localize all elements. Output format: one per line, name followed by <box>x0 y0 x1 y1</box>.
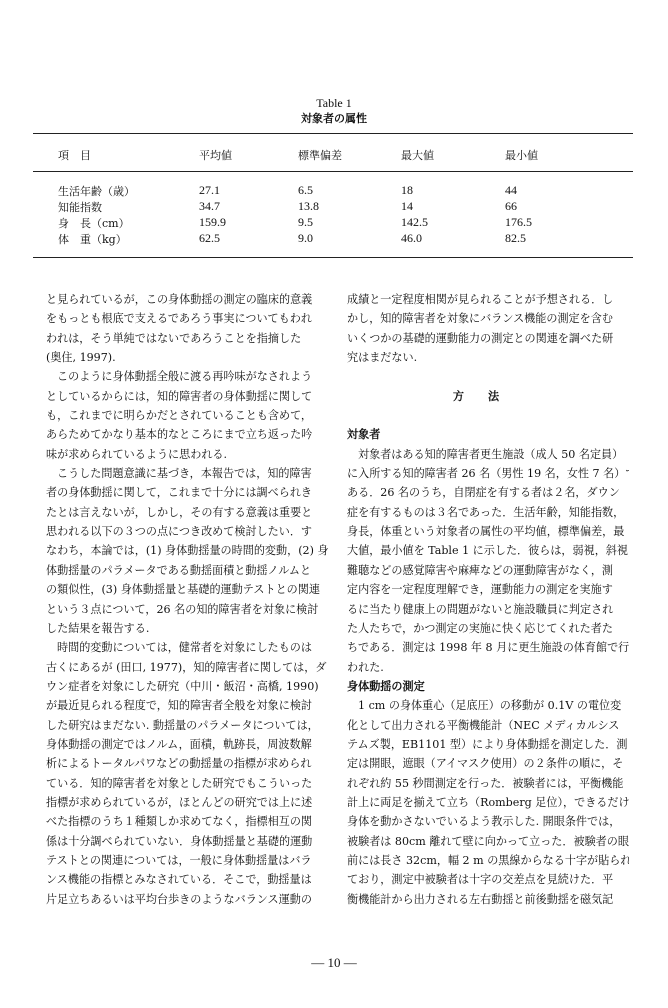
table-cell-sd: 13.8 <box>298 199 319 214</box>
table-row: 身 長（cm） 159.9 9.5 142.5 176.5 <box>0 215 668 231</box>
text-line: 定内容を一定程度理解でき，運動能力の測定を実施す <box>347 580 629 599</box>
text-line: 身体動揺の測定ではノルム，面積，軌跡長，周波数解 <box>46 735 328 754</box>
subheading-subjects: 対象者 <box>347 425 629 444</box>
text-line: としているからには，知的障害者の身体動揺に関して <box>46 387 328 406</box>
table-caption-label: Table 1 <box>0 96 668 111</box>
page-number: — 10 — <box>0 955 668 971</box>
text-line: たとは言えないが，しかし，その有する意義は重要と <box>46 503 328 522</box>
table-title: 対象者の属性 <box>0 111 668 126</box>
text-line: 指標が求められているが，ほとんどの研究では上に述 <box>46 793 328 812</box>
table-bottom-rule <box>33 257 633 258</box>
text-line: た人たちで，かつ測定の実施に快く応じてくれた者た <box>347 619 629 638</box>
table-header-sd: 標準偏差 <box>298 147 342 163</box>
text-line: した結果を報告する. <box>46 619 328 638</box>
text-line: と見られているが，この身体動揺の測定の臨床的意義 <box>46 290 328 309</box>
table-cell-min: 176.5 <box>505 215 532 230</box>
text-line: われた. <box>347 658 629 677</box>
table-cell-sd: 6.5 <box>298 183 313 198</box>
text-line: ちである．測定は 1998 年 8 月に更生施設の体育館で行 <box>347 638 629 657</box>
table-header-max: 最大値 <box>401 147 434 163</box>
text-line: 究はまだない. <box>347 348 629 367</box>
text-line: 時間的変動については，健常者を対象にしたものは <box>46 638 328 657</box>
subheading-measurement: 身体動揺の測定 <box>347 677 629 696</box>
text-line: が最近見られる程度で，知的障害者全般を対象に検討 <box>46 696 328 715</box>
table-cell-mean: 159.9 <box>199 215 226 230</box>
text-line: した研究はまだない. 動揺量のパラメータについては， <box>46 716 328 735</box>
table-cell-item: 知能指数 <box>58 199 102 215</box>
table-top-rule <box>33 133 633 134</box>
table-cell-mean: 27.1 <box>199 183 220 198</box>
table-header-row: 項 目 平均値 標準偏差 最大値 最小値 <box>0 147 668 163</box>
text-line: このように身体動揺全般に渡る再吟味がなされよう <box>46 367 328 386</box>
text-line: 対象者はある知的障害者更生施設（成人 50 名定員） <box>347 445 629 464</box>
text-line: かし，知的障害者を対象にバランス機能の測定を含む <box>347 309 629 328</box>
table-row: 知能指数 34.7 13.8 14 66 <box>0 199 668 215</box>
table-cell-min: 82.5 <box>505 231 526 246</box>
text-line: るに当たり健康上の問題がないと施設職員に判定され <box>347 600 629 619</box>
left-column-text: と見られているが，この身体動揺の測定の臨床的意義 をもっとも根底で支えるであろう… <box>46 290 328 909</box>
table-cell-item: 身 長（cm） <box>58 215 130 231</box>
text-line: 味が求められているように思われる. <box>46 445 328 464</box>
text-line: われは，そう単純ではないであろうことを指摘した <box>46 329 328 348</box>
table-cell-min: 44 <box>505 183 517 198</box>
table-header-min: 最小値 <box>505 147 538 163</box>
text-line: テムズ製，EB1101 型）により身体動揺を測定した．測 <box>347 735 629 754</box>
text-line: 古くにあるが (田口, 1977)，知的障害者に関しては，ダ <box>46 658 328 677</box>
text-line: の類似性，(3) 身体動揺量と基礎的運動テストとの関連 <box>46 580 328 599</box>
table-header-mean: 平均値 <box>199 147 232 163</box>
table-cell-mean: 62.5 <box>199 231 220 246</box>
table-cell-max: 14 <box>401 199 413 214</box>
text-line: 症を有するものは３名であった．生活年齢，知能指数， <box>347 503 629 522</box>
text-line: 1 cm の身体重心（足底圧）の移動が 0.1V の電位変 <box>347 696 629 715</box>
text-line: 体動揺量のパラメータである動揺面積と動揺ノルムと <box>46 561 328 580</box>
text-line: いくつかの基礎的運動能力の測定との関連を調べた研 <box>347 329 629 348</box>
table-row: 体 重（kg） 62.5 9.0 46.0 82.5 <box>0 231 668 247</box>
text-line: という３点について，26 名の知的障害者を対象に検討 <box>46 600 328 619</box>
text-line: ンス機能の指標とみなされている．そこで，動揺量は <box>46 870 328 889</box>
text-line: をもっとも根底で支えるであろう事実についてもわれ <box>46 309 328 328</box>
text-line: も，これまでに明らかだとされていることも含めて， <box>46 406 328 425</box>
table-cell-max: 142.5 <box>401 215 428 230</box>
text-line: 難聴などの感覚障害や麻痺などの運動障害がなく，測 <box>347 561 629 580</box>
text-line: なわち，本論では，(1) 身体動揺量の時間的変動，(2) 身 <box>46 541 328 560</box>
table-cell-min: 66 <box>505 199 517 214</box>
text-line: 前には長さ 32cm，幅 2 m の黒線からなる十字が貼られ <box>347 851 629 870</box>
text-line: 思われる以下の３つの点につき改めて検討したい．す <box>46 522 328 541</box>
text-line: 化として出力される平衡機能計（NEC メディカルシス <box>347 716 629 735</box>
table-header-item: 項 目 <box>58 147 91 163</box>
text-line: 析によるトータルパワなどの動揺量の指標が求められ <box>46 754 328 773</box>
section-heading-methods: 方法 <box>347 387 629 406</box>
table-cell-max: 46.0 <box>401 231 422 246</box>
text-line: 定は開眼，遮眼（アイマスク使用）の２条件の順に，そ <box>347 754 629 773</box>
table-cell-mean: 34.7 <box>199 199 220 214</box>
table-header-rule <box>33 171 633 172</box>
text-line: 片足立ちあるいは平均台歩きのようなバランス運動の <box>46 890 328 909</box>
text-line: ており，測定中被験者は十字の交差点を見続けた．平 <box>347 870 629 889</box>
text-line: あらためてかなり基本的なところにまで立ち返った吟 <box>46 425 328 444</box>
text-line: こうした問題意識に基づき，本報告では，知的障害 <box>46 464 328 483</box>
text-line: れぞれ約 55 秒間測定を行った．被験者には，平衡機能 <box>347 774 629 793</box>
text-line: 身長，体重という対象者の属性の平均値，標準偏差，最 <box>347 522 629 541</box>
text-line: に入所する知的障害者 26 名（男性 19 名，女性 7 名）で <box>347 464 629 483</box>
text-line: 被験者は 80cm 離れて壁に向かって立った．被験者の眼 <box>347 832 629 851</box>
text-line: 衡機能計から出力される左右動揺と前後動揺を磁気記 <box>347 890 629 909</box>
text-line: 成績と一定程度相関が見られることが予想される．し <box>347 290 629 309</box>
text-line: テストとの関連については，一般に身体動揺量はバラ <box>46 851 328 870</box>
text-line: ある．26 名のうち，自閉症を有する者は２名，ダウン <box>347 483 629 502</box>
text-line: 者の身体動揺に関して，これまで十分には調べられき <box>46 483 328 502</box>
table-cell-item: 生活年齢（歳） <box>58 183 135 199</box>
table-cell-sd: 9.5 <box>298 215 313 230</box>
text-line: べた指標のうち１種類しか求めてなく，指標相互の関 <box>46 812 328 831</box>
text-line: (奥住, 1997). <box>46 348 328 367</box>
table-cell-sd: 9.0 <box>298 231 313 246</box>
table-cell-max: 18 <box>401 183 413 198</box>
text-line: 身体を動かさないでいるよう教示した. 開眼条件では， <box>347 812 629 831</box>
text-line: 係は十分調べられていない．身体動揺量と基礎的運動 <box>46 832 328 851</box>
table-cell-item: 体 重（kg） <box>58 231 127 247</box>
table-row: 生活年齢（歳） 27.1 6.5 18 44 <box>0 183 668 199</box>
text-line: 計上に両足を揃えて立ち（Romberg 足位），できるだけ <box>347 793 629 812</box>
text-line: 大値，最小値を Table 1 に示した．彼らは，弱視，斜視， <box>347 541 629 560</box>
text-line: ウン症者を対象にした研究（中川・飯沼・高橋, 1990) <box>46 677 328 696</box>
text-line: ている．知的障害者を対象とした研究でもこういった <box>46 774 328 793</box>
right-column-text: 成績と一定程度相関が見られることが予想される．し かし，知的障害者を対象にバラン… <box>347 290 629 909</box>
